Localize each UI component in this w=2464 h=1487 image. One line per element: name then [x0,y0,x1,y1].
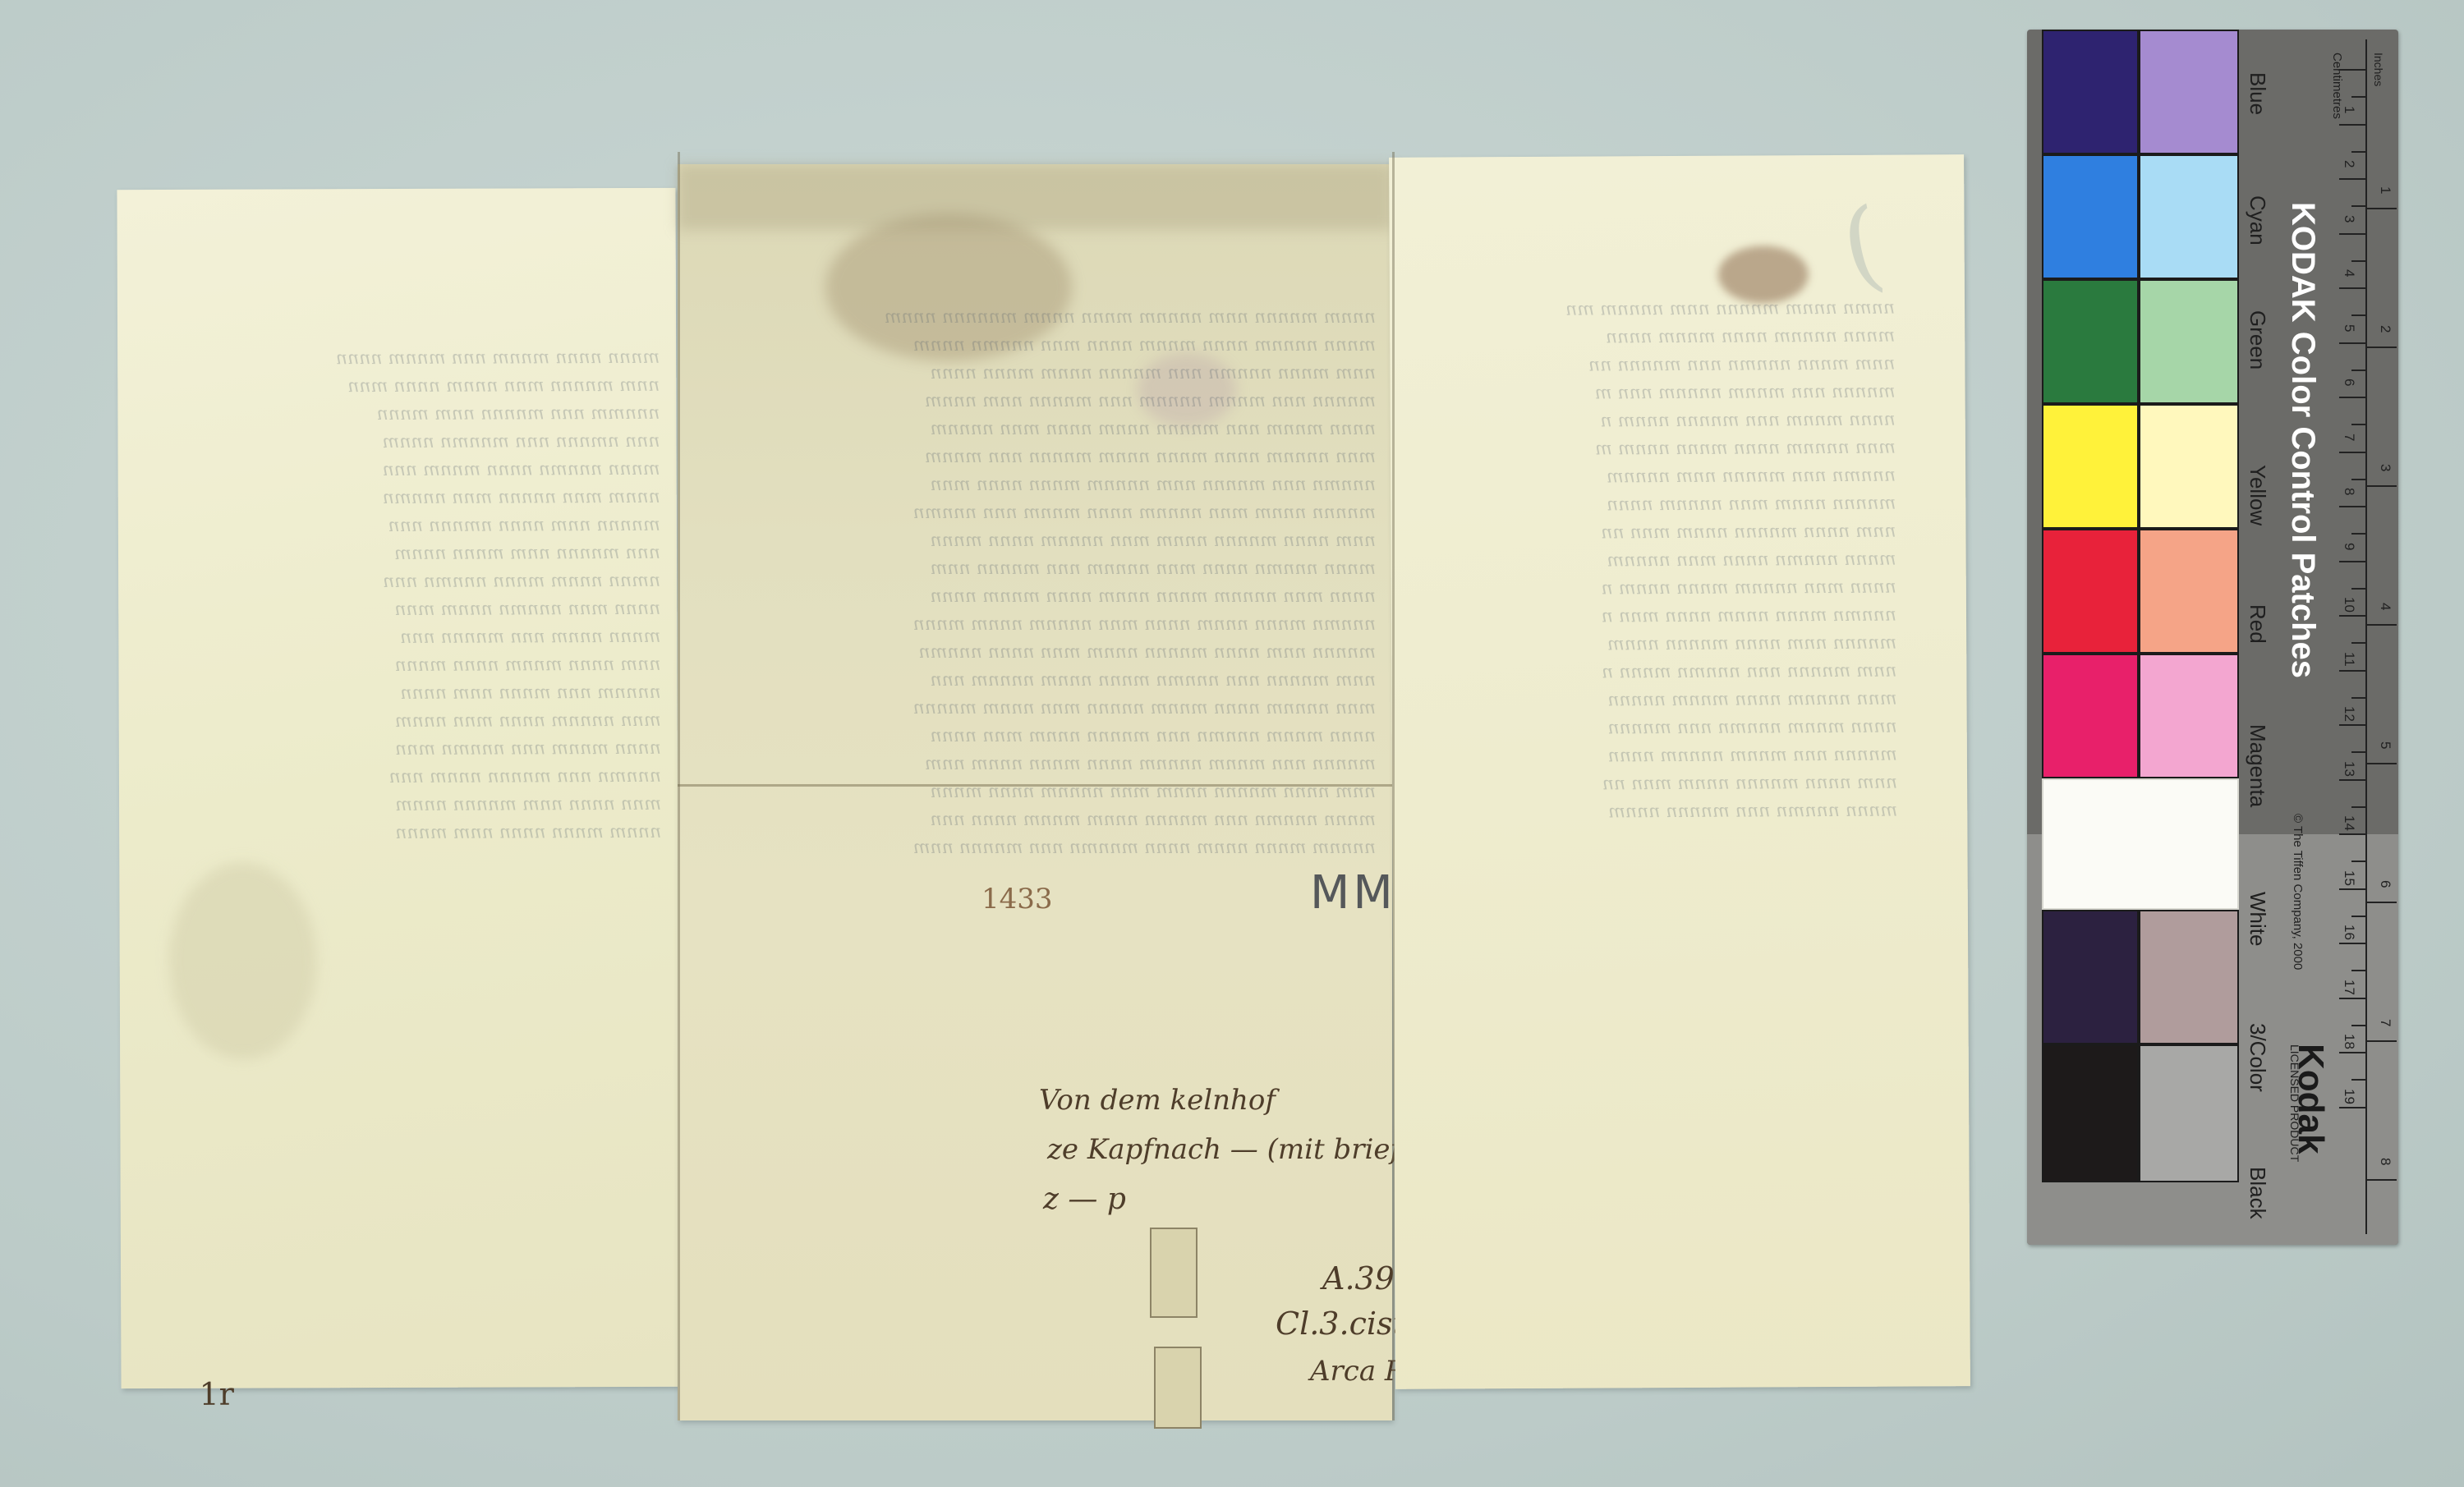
patch-black-dark [2042,1044,2139,1182]
ruler-inch-number: 6 [2377,880,2393,888]
ruler-cm-number: 17 [2341,980,2357,995]
patch-yellow-dark [2042,404,2139,529]
patch-label-black: Black [2245,1167,2270,1219]
ruler-cm-number: 4 [2341,269,2357,277]
pencil-sketch-mark: ) [1816,188,1882,418]
ruler-tick-inch [2367,208,2397,209]
ruler-tick-mm [2351,96,2365,98]
ruler-tick-inch [2367,763,2397,764]
ruler-tick-mm [2351,479,2365,480]
ruler-tick-mm [2339,178,2365,180]
ruler-tick-mm [2351,697,2365,699]
seal-tag-slot-lower [1154,1347,1202,1429]
ruler-baseline [2365,39,2367,1234]
bleed-through-text-left: mnnn nnnn mnnm nnn mnnm nnnn nnm mnnnn m… [249,344,663,1249]
ruler-tick-inch [2367,1179,2397,1181]
ruler-cm-number: 11 [2341,652,2357,667]
ruler-tick-mm [2351,588,2365,590]
ruler-inch-number: 8 [2377,1158,2393,1165]
patch-blue-dark [2042,30,2139,154]
patch-magenta-dark [2042,654,2139,778]
ruler-tick-mm [2339,779,2365,781]
ruler-tick-mm [2339,724,2365,726]
ruler-cm-number: 10 [2341,597,2357,613]
ruler-tick-mm [2351,806,2365,808]
year-annotation: 1433 [981,883,1053,916]
ruler-inch-number: 5 [2377,741,2393,749]
patch-label-magenta: Magenta [2245,724,2270,807]
licensed-product-label: LICENSED PRODUCT [2288,1044,2301,1162]
ruler-cm-number: 1 [2341,106,2357,113]
ruler-tick-mm [2351,916,2365,917]
card-title: KODAK Color Control Patches [2284,202,2321,678]
patch-cyan-light [2139,154,2239,279]
corner-folio-mark: 1r [199,1376,233,1412]
parchment-panel-left: mnnn nnnn mnnm nnn mnnm nnnn nnm mnnnn m… [117,188,679,1388]
seal-tag-slot-upper [1150,1228,1198,1318]
ruler-inch-number: 2 [2377,325,2393,333]
ruler-cm-number: 19 [2341,1089,2357,1104]
ruler-inch-number: 1 [2377,186,2393,194]
patch-label-white: White [2245,892,2270,946]
ruler-tick-mm [2339,615,2365,617]
ruler-tick-mm [2339,287,2365,289]
ruler-tick-mm [2351,861,2365,862]
color-patches [2042,30,2239,1228]
ruler-tick-mm [2339,1052,2365,1053]
ruler-tick-inch [2367,902,2397,903]
ruler-tick-mm [2351,369,2365,371]
ruler-inch-number: 7 [2377,1019,2393,1026]
ruler-tick-inch [2367,485,2397,487]
ruler-tick-mm [2339,1107,2365,1108]
card-labels: Blue Cyan Green Yellow Red Magenta White… [2239,30,2398,1245]
ruler-tick-mm [2351,314,2365,316]
patch-label-blue: Blue [2245,72,2270,115]
ruler-cm-number: 8 [2341,488,2357,495]
dorsal-note-line-2: ze Kapfnach — (mit brief) [1047,1133,1411,1166]
ruler-tick-mm [2339,833,2365,835]
ruler-cm-number: 3 [2341,215,2357,223]
dorsal-note-line-1: Von dem kelnhof [1039,1084,1276,1117]
ruler-cm-number: 16 [2341,925,2357,940]
patch-label-green: Green [2245,310,2270,369]
ruler-tick-mm [2351,205,2365,207]
patch-label-yellow: Yellow [2245,465,2270,525]
parchment-document: mnnn nnnn mnnm nnn mnnm nnnn nnm mnnnn m… [119,152,1967,1420]
horizontal-fold-crease [678,784,1392,787]
ruler-cm-number: 9 [2341,543,2357,550]
ruler-inch-number: 4 [2377,603,2393,610]
ruler-cm-number: 5 [2341,324,2357,332]
ruler-cm-number: 2 [2341,160,2357,168]
patch-yellow-light [2139,404,2239,529]
ruler-tick-mm [2351,1079,2365,1081]
parchment-panel-center: nnnm mnnnn nnm nnnnm mnnn nnnm mnnnnn nn… [678,164,1392,1420]
patch-label-3color: 3/Color [2245,1023,2270,1092]
patch-black-light [2139,1044,2239,1182]
vertical-fold-crease-left [678,152,680,1420]
ruler-tick-mm [2339,342,2365,344]
ruler-tick-mm [2339,452,2365,453]
patch-cyan-dark [2042,154,2139,279]
ruler-tick-inch [2367,347,2397,348]
ruler-tick-mm [2339,888,2365,890]
ruler-tick-mm [2339,69,2365,71]
patch-green-dark [2042,279,2139,404]
ruler-tick-mm [2351,751,2365,753]
ruler-tick-mm [2351,151,2365,153]
patch-3color-light [2139,910,2239,1044]
ruler-tick-mm [2339,561,2365,562]
parchment-panel-right: nnmn nnnm mnnnn nnm nnnnm mn mnnn nnnnm … [1389,154,1970,1389]
patch-red-dark [2042,529,2139,654]
bleed-through-text-right: nnmn nnnm mnnnn nnm nnnnm mn mnnn nnnnm … [1435,295,1900,1241]
patch-green-light [2139,279,2239,404]
ruler-tick-mm [2351,970,2365,971]
ruler-tick-mm [2339,998,2365,999]
ruler-tick-mm [2339,233,2365,235]
ruler-inches-label: Inches [2372,53,2385,86]
ruler-cm-number: 14 [2341,815,2357,831]
ruler-tick-mm [2339,943,2365,944]
ruler-cm-number: 18 [2341,1034,2357,1049]
ruler-tick-mm [2339,506,2365,507]
ruler-tick-mm [2339,124,2365,126]
ruler-cm-number: 12 [2341,706,2357,722]
stain [678,164,1392,230]
stain [168,862,317,1060]
patch-label-cyan: Cyan [2245,195,2270,246]
ruler-tick-mm [2339,397,2365,398]
ruler-tick-mm [2351,642,2365,644]
patch-magenta-light [2139,654,2239,778]
patch-label-red: Red [2245,604,2270,644]
ruler-tick-inch [2367,624,2397,626]
vertical-fold-crease-right [1392,152,1395,1420]
ruler-cm-number: 13 [2341,761,2357,777]
dorsal-note-line-3: z — p [1043,1182,1126,1216]
patch-red-light [2139,529,2239,654]
ruler-tick-inch [2367,1040,2397,1042]
ruler-tick-mm [2351,424,2365,425]
kodak-color-control-card: Blue Cyan Green Yellow Red Magenta White… [2027,30,2398,1245]
ruler-tick-mm [2339,670,2365,672]
ruler-cm-number: 7 [2341,434,2357,441]
card-copyright: © The Tiffen Company, 2000 [2291,814,2305,970]
patch-blue-light [2139,30,2239,154]
ruler-cm-number: 15 [2341,870,2357,886]
patch-3color-dark [2042,910,2139,1044]
ruler-inch-number: 3 [2377,464,2393,471]
ruler-tick-mm [2351,533,2365,535]
ruler-tick-mm [2351,1025,2365,1026]
ruler-cm-number: 6 [2341,379,2357,386]
ruler-tick-mm [2351,260,2365,262]
patch-white [2042,778,2239,910]
